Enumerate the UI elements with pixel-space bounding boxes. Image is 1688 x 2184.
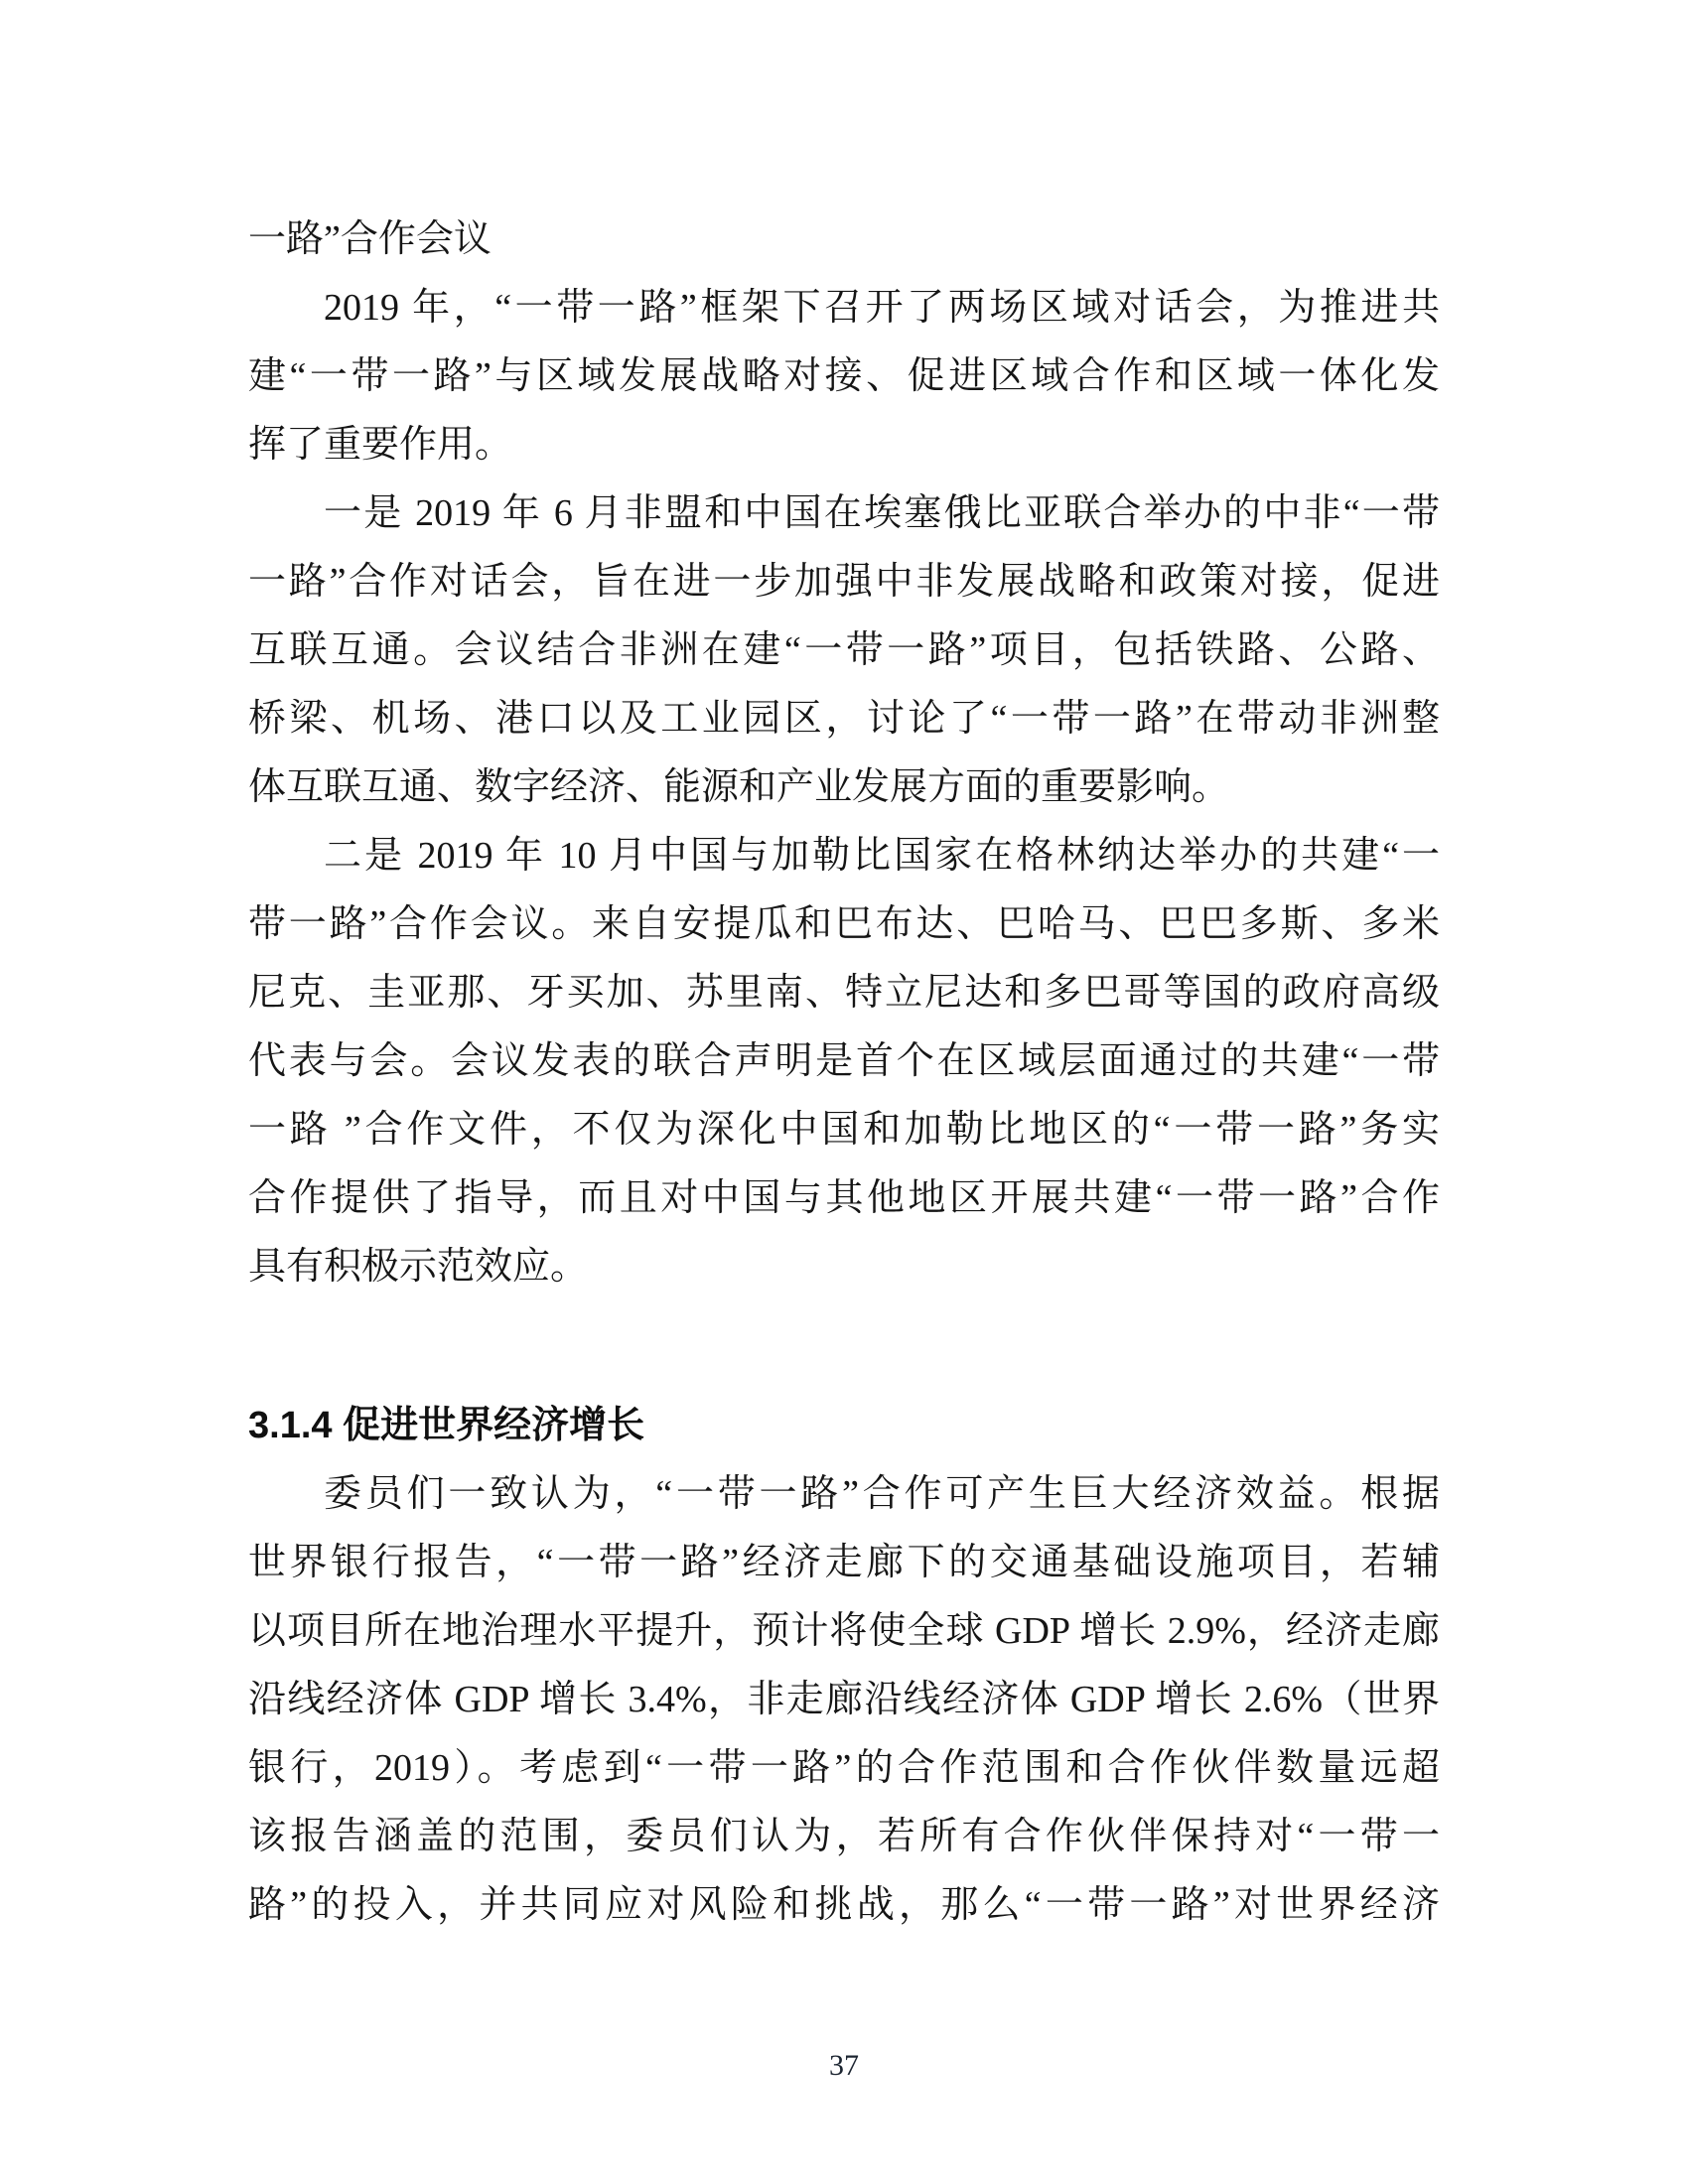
page-footer: 37 (0, 2047, 1688, 2085)
text-line: 互联互通。会议结合非洲在建“一带一路”项目，包括铁路、公路、 (248, 616, 1440, 685)
text-line: 合作提供了指导，而且对中国与其他地区开展共建“一带一路”合作 (248, 1164, 1440, 1233)
text-line: 银行，2019）。考虑到“一带一路”的合作范围和合作伙伴数量远超 (248, 1734, 1440, 1803)
text-line: 带一路”合作会议。来自安提瓜和巴布达、巴哈马、巴巴多斯、多米 (248, 890, 1440, 959)
section-heading: 3.1.4 促进世界经济增长 (248, 1392, 1440, 1460)
text-line: 世界银行报告，“一带一路”经济走廊下的交通基础设施项目，若辅 (248, 1529, 1440, 1597)
text-line: 尼克、圭亚那、牙买加、苏里南、特立尼达和多巴哥等国的政府高级 (248, 959, 1440, 1027)
text-line: 该报告涵盖的范围，委员们认为，若所有合作伙伴保持对“一带一 (248, 1803, 1440, 1871)
text-line: 一路 ”合作文件，不仅为深化中国和加勒比地区的“一带一路”务实 (248, 1096, 1440, 1164)
text-line: 委员们一致认为，“一带一路”合作可产生巨大经济效益。根据 (248, 1460, 1440, 1529)
text-line: 桥梁、机场、港口以及工业园区，讨论了“一带一路”在带动非洲整 (248, 685, 1440, 753)
text-line: 代表与会。会议发表的联合声明是首个在区域层面通过的共建“一带 (248, 1027, 1440, 1096)
text-line: 挥了重要作用。 (248, 411, 1440, 479)
text-line: 一是 2019 年 6 月非盟和中国在埃塞俄比亚联合举办的中非“一带 (248, 479, 1440, 548)
text-line: 一路”合作对话会，旨在进一步加强中非发展战略和政策对接，促进 (248, 548, 1440, 616)
text-line: 一路”合作会议 (248, 205, 1440, 274)
page-number: 37 (829, 2049, 859, 2082)
document-body: 一路”合作会议 2019 年，“一带一路”框架下召开了两场区域对话会，为推进共 … (248, 205, 1440, 1940)
text-line: 沿线经济体 GDP 增长 3.4%，非走廊沿线经济体 GDP 增长 2.6%（世… (248, 1666, 1440, 1734)
text-line: 具有积极示范效应。 (248, 1233, 1440, 1301)
text-line: 二是 2019 年 10 月中国与加勒比国家在格林纳达举办的共建“一 (248, 822, 1440, 890)
text-line: 建“一带一路”与区域发展战略对接、促进区域合作和区域一体化发 (248, 342, 1440, 411)
text-line: 2019 年，“一带一路”框架下召开了两场区域对话会，为推进共 (248, 274, 1440, 342)
text-line: 体互联互通、数字经济、能源和产业发展方面的重要影响。 (248, 753, 1440, 822)
text-line: 以项目所在地治理水平提升，预计将使全球 GDP 增长 2.9%，经济走廊 (248, 1597, 1440, 1666)
text-line: 路”的投入，并共同应对风险和挑战，那么“一带一路”对世界经济 (248, 1871, 1440, 1940)
